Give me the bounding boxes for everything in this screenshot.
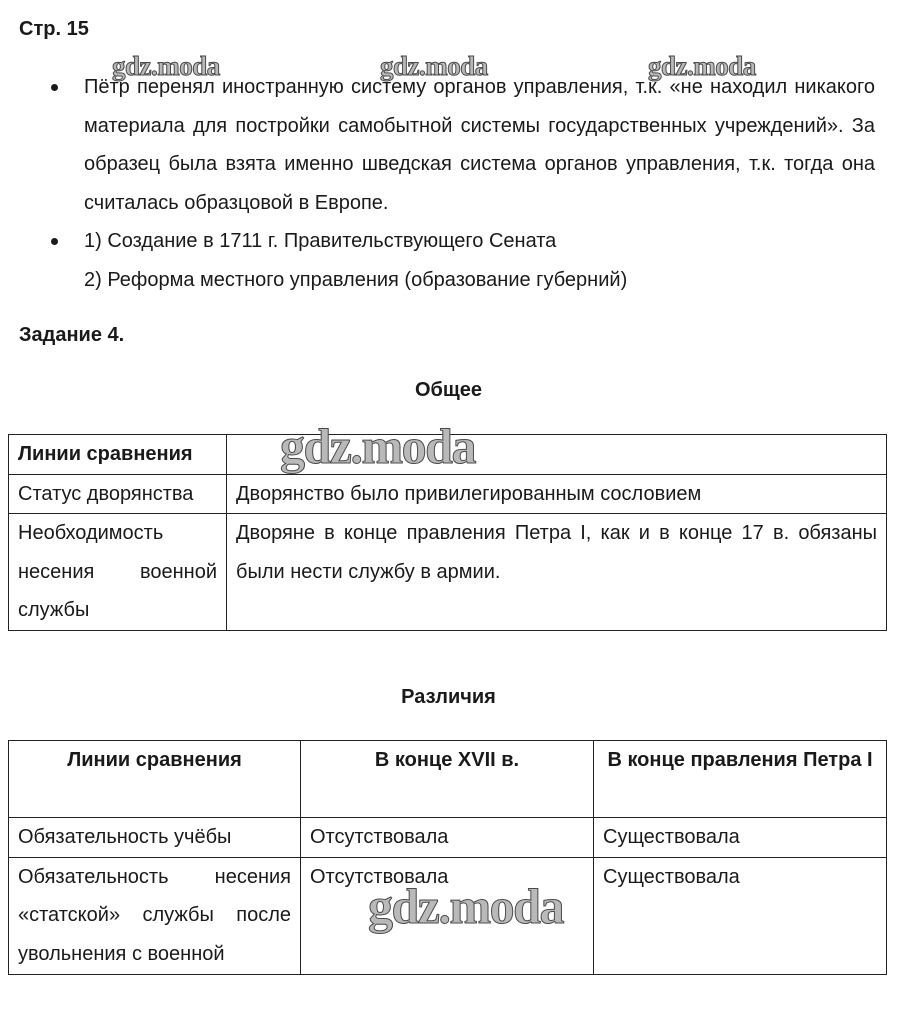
table-row: Необходимость несения военной службы Дво…	[9, 514, 887, 631]
page-label: Стр. 15	[19, 17, 89, 41]
table-header-cell	[227, 435, 887, 475]
table-cell: Обязательность учёбы	[9, 818, 301, 858]
table-cell: Необходимость несения военной службы	[9, 514, 227, 631]
bullet-icon	[51, 84, 58, 91]
table-header-cell: Линии сравнения	[9, 435, 227, 475]
answer-list: Пётр перенял иностранную систему органов…	[0, 68, 897, 299]
answer-text: 1) Создание в 1711 г. Правительствующего…	[84, 222, 875, 261]
table-header-cell: Линии сравнения	[9, 741, 301, 818]
section-title-common: Общее	[0, 378, 897, 402]
differences-table: Линии сравнения В конце XVII в. В конце …	[8, 740, 887, 975]
bullet-icon	[51, 238, 58, 245]
table-header-row: Линии сравнения	[9, 435, 887, 475]
answer-text: 2) Реформа местного управления (образова…	[84, 261, 875, 300]
table-cell: Дворянство было привилегированным сослов…	[227, 474, 887, 514]
list-item: 1) Создание в 1711 г. Правительствующего…	[0, 222, 897, 299]
table-cell: Дворяне в конце правления Петра I, как и…	[227, 514, 887, 631]
table-header-cell: В конце правления Петра I	[594, 741, 887, 818]
table-cell: Отсутствовала	[301, 818, 594, 858]
table-cell: Существовала	[594, 857, 887, 974]
table-row: Статус дворянства Дворянство было привил…	[9, 474, 887, 514]
table-header-cell: В конце XVII в.	[301, 741, 594, 818]
section-title-differences: Различия	[0, 685, 897, 709]
answer-text: Пётр перенял иностранную систему органов…	[84, 68, 875, 222]
common-table: Линии сравнения Статус дворянства Дворян…	[8, 434, 887, 631]
table-cell: Существовала	[594, 818, 887, 858]
table-cell: Отсутствовала	[301, 857, 594, 974]
table-row: Обязательность учёбы Отсутствовала Сущес…	[9, 818, 887, 858]
table-header-row: Линии сравнения В конце XVII в. В конце …	[9, 741, 887, 818]
table-row: Обязательность несения «статской» службы…	[9, 857, 887, 974]
table-cell: Статус дворянства	[9, 474, 227, 514]
list-item: Пётр перенял иностранную систему органов…	[0, 68, 897, 222]
task-title: Задание 4.	[19, 323, 124, 347]
table-cell: Обязательность несения «статской» службы…	[9, 857, 301, 974]
